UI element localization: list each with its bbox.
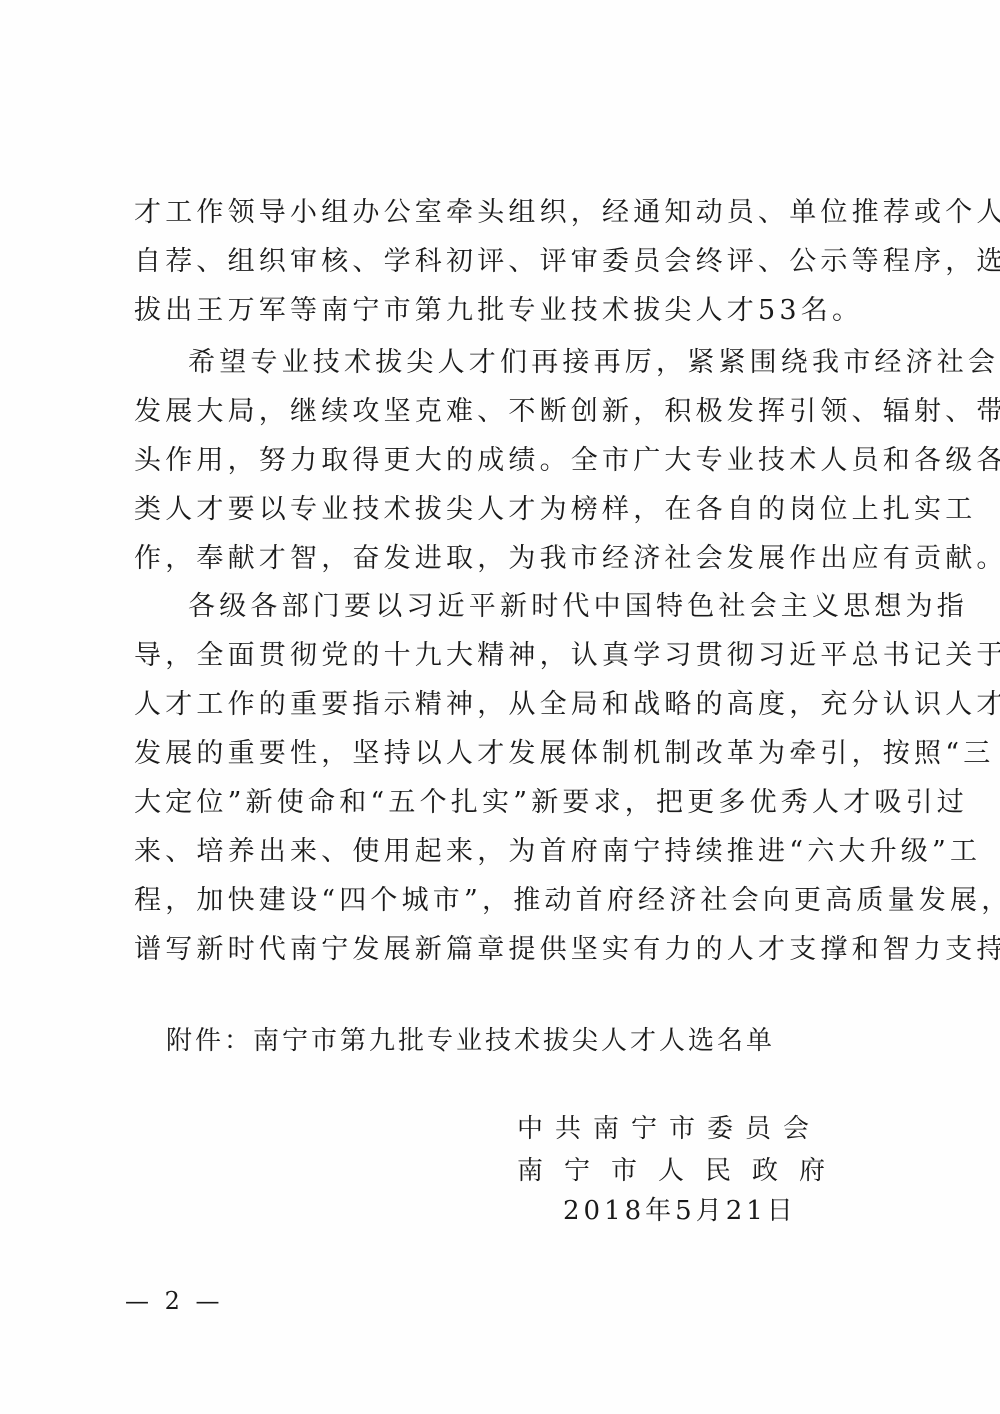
text-line: 大定位”新使命和“五个扎实”新要求，把更多优秀人才吸引过 bbox=[134, 786, 864, 820]
text-line: 导，全面贯彻党的十九大精神，认真学习贯彻习近平总书记关于 bbox=[134, 639, 864, 673]
text-line: 程，加快建设“四个城市”，推动首府经济社会向更高质量发展， bbox=[134, 884, 864, 918]
text-line: 人才工作的重要指示精神，从全局和战略的高度，充分认识人才 bbox=[134, 688, 864, 722]
text-line: 希望专业技术拔尖人才们再接再厉，紧紧围绕我市经济社会 bbox=[188, 346, 868, 380]
text-line: 自荐、组织审核、学科初评、评审委员会终评、公示等程序，选 bbox=[134, 245, 864, 279]
text-line: 发展大局，继续攻坚克难、不断创新，积极发挥引领、辐射、带 bbox=[134, 395, 864, 429]
text-line: 来、培养出来、使用起来，为首府南宁持续推进“六大升级”工 bbox=[134, 835, 864, 869]
text-line: 类人才要以专业技术拔尖人才为榜样，在各自的岗位上扎实工 bbox=[134, 493, 864, 527]
text-line: 头作用，努力取得更大的成绩。全市广大专业技术人员和各级各 bbox=[134, 444, 864, 478]
page-number: — 2 — bbox=[125, 1287, 224, 1315]
attachment-line: 附件：南宁市第九批专业技术拔尖人才人选名单 bbox=[166, 1020, 775, 1057]
signature-date: 2018年5月21日 bbox=[563, 1190, 797, 1227]
text-line: 作，奉献才智，奋发进取，为我市经济社会发展作出应有贡献。 bbox=[134, 542, 864, 576]
document-page: 才工作领导小组办公室牵头组织，经通知动员、单位推荐或个人 自荐、组织审核、学科初… bbox=[0, 0, 1000, 1414]
text-line: 谱写新时代南宁发展新篇章提供坚实有力的人才支撑和智力支持。 bbox=[134, 933, 864, 967]
text-line: 才工作领导小组办公室牵头组织，经通知动员、单位推荐或个人 bbox=[134, 196, 864, 230]
text-line: 各级各部门要以习近平新时代中国特色社会主义思想为指 bbox=[188, 590, 868, 624]
signature-org-party-committee: 中共南宁市委员会 bbox=[517, 1108, 821, 1145]
signature-org-government: 南宁市人民政府 bbox=[517, 1150, 846, 1187]
text-line: 发展的重要性，坚持以人才发展体制机制改革为牵引，按照“三 bbox=[134, 737, 864, 771]
text-line: 拔出王万军等南宁市第九批专业技术拔尖人才53名。 bbox=[134, 294, 864, 328]
